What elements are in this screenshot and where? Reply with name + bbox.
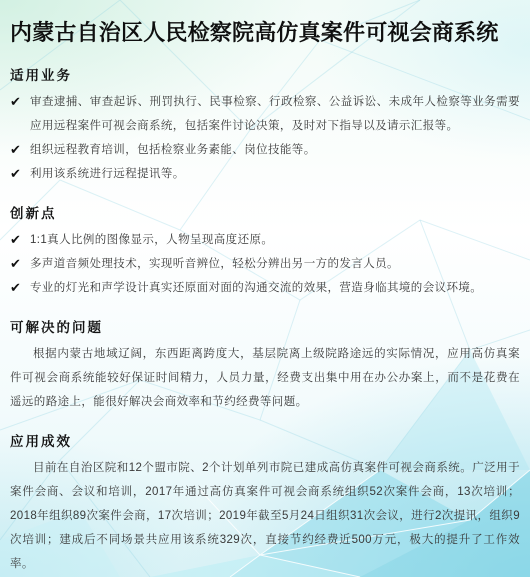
document-page: 内蒙古自治区人民检察院高仿真案件可视会商系统 适用业务 ✔ 审查逮捕、审查起诉、… (0, 0, 530, 577)
section-problems-solved: 可解决的问题 根据内蒙古地域辽阔，东西距离跨度大，基层院离上级院路途远的实际情况… (10, 320, 520, 414)
bullet-text: 多声道音频处理技术，实现听音辨位，轻松分辨出另一方的发言人员。 (30, 252, 520, 276)
section-heading-innovations: 创新点 (10, 206, 520, 222)
section-heading-application-results: 应用成效 (10, 434, 520, 450)
bullet-text: 1:1真人比例的图像显示，人物呈现高度还原。 (30, 228, 520, 252)
checkmark-icon: ✔ (10, 228, 30, 252)
bullet-item: ✔ 多声道音频处理技术，实现听音辨位，轻松分辨出另一方的发言人员。 (10, 252, 520, 276)
bullet-item: ✔ 专业的灯光和声学设计真实还原面对面的沟通交流的效果，营造身临其境的会议环境。 (10, 276, 520, 300)
page-title: 内蒙古自治区人民检察院高仿真案件可视会商系统 (10, 0, 520, 48)
section-innovations: 创新点 ✔ 1:1真人比例的图像显示，人物呈现高度还原。 ✔ 多声道音频处理技术… (10, 206, 520, 300)
section-application-results: 应用成效 目前在自治区院和12个盟市院、2个计划单列市院已建成高仿真案件可视会商… (10, 434, 520, 576)
section-applicable-business: 适用业务 ✔ 审查逮捕、审查起诉、刑罚执行、民事检察、行政检察、公益诉讼、未成年… (10, 68, 520, 186)
bullet-text: 利用该系统进行远程提讯等。 (30, 162, 520, 186)
checkmark-icon: ✔ (10, 252, 30, 276)
checkmark-icon: ✔ (10, 90, 30, 114)
document-content: 内蒙古自治区人民检察院高仿真案件可视会商系统 适用业务 ✔ 审查逮捕、审查起诉、… (0, 0, 530, 576)
bullet-item: ✔ 审查逮捕、审查起诉、刑罚执行、民事检察、行政检察、公益诉讼、未成年人检察等业… (10, 90, 520, 138)
bullet-text: 组织远程教育培训，包括检察业务素能、岗位技能等。 (30, 138, 520, 162)
section-paragraph: 目前在自治区院和12个盟市院、2个计划单列市院已建成高仿真案件可视会商系统。广泛… (10, 456, 520, 576)
section-heading-applicable-business: 适用业务 (10, 68, 520, 84)
checkmark-icon: ✔ (10, 138, 30, 162)
checkmark-icon: ✔ (10, 162, 30, 186)
bullet-text: 审查逮捕、审查起诉、刑罚执行、民事检察、行政检察、公益诉讼、未成年人检察等业务需… (30, 90, 520, 138)
section-heading-problems-solved: 可解决的问题 (10, 320, 520, 336)
section-paragraph: 根据内蒙古地域辽阔，东西距离跨度大，基层院离上级院路途远的实际情况，应用高仿真案… (10, 342, 520, 414)
bullet-text: 专业的灯光和声学设计真实还原面对面的沟通交流的效果，营造身临其境的会议环境。 (30, 276, 520, 300)
bullet-item: ✔ 利用该系统进行远程提讯等。 (10, 162, 520, 186)
bullet-item: ✔ 组织远程教育培训，包括检察业务素能、岗位技能等。 (10, 138, 520, 162)
bullet-item: ✔ 1:1真人比例的图像显示，人物呈现高度还原。 (10, 228, 520, 252)
checkmark-icon: ✔ (10, 276, 30, 300)
